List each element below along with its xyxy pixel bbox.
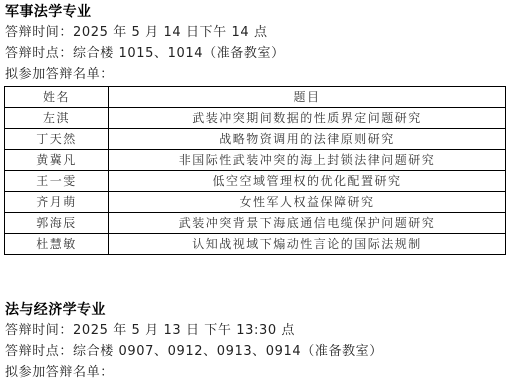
column-header-name: 姓名 bbox=[5, 87, 109, 108]
column-header-topic: 题目 bbox=[109, 87, 506, 108]
thesis-topic: 武装冲突期间数据的性质界定问题研究 bbox=[109, 108, 506, 129]
defense-time: 答辩时间：2025 年 5 月 13 日 下午 13:30 点 bbox=[5, 322, 295, 340]
defense-location: 答辩时点：综合楼 0907、0912、0913、0914（准备教室） bbox=[5, 343, 383, 361]
thesis-topic: 认知战视域下煽动性言论的国际法规制 bbox=[109, 234, 506, 255]
table-row: 齐月萌 女性军人权益保障研究 bbox=[5, 192, 506, 213]
defense-time: 答辩时间：2025 年 5 月 14 日下午 14 点 bbox=[5, 24, 268, 42]
candidate-table: 姓名 题目 左淇 武装冲突期间数据的性质界定问题研究 丁天然 战略物资调用的法律… bbox=[4, 86, 506, 255]
candidate-name: 丁天然 bbox=[5, 129, 109, 150]
table-row: 杜慧敏 认知战视域下煽动性言论的国际法规制 bbox=[5, 234, 506, 255]
table-row: 左淇 武装冲突期间数据的性质界定问题研究 bbox=[5, 108, 506, 129]
candidate-name: 王一雯 bbox=[5, 171, 109, 192]
thesis-topic: 战略物资调用的法律原则研究 bbox=[109, 129, 506, 150]
candidate-list-label: 拟参加答辩名单： bbox=[5, 364, 114, 382]
candidate-name: 左淇 bbox=[5, 108, 109, 129]
thesis-topic: 女性军人权益保障研究 bbox=[109, 192, 506, 213]
section-heading: 法与经济学专业 bbox=[5, 301, 106, 319]
table-row: 郭海辰 武装冲突背景下海底通信电缆保护问题研究 bbox=[5, 213, 506, 234]
section-heading: 军事法学专业 bbox=[5, 3, 91, 21]
table-row: 黄冀凡 非国际性武装冲突的海上封锁法律问题研究 bbox=[5, 150, 506, 171]
table-row: 王一雯 低空空域管理权的优化配置研究 bbox=[5, 171, 506, 192]
thesis-topic: 非国际性武装冲突的海上封锁法律问题研究 bbox=[109, 150, 506, 171]
candidate-name: 郭海辰 bbox=[5, 213, 109, 234]
candidate-name: 黄冀凡 bbox=[5, 150, 109, 171]
thesis-topic: 低空空域管理权的优化配置研究 bbox=[109, 171, 506, 192]
table-header-row: 姓名 题目 bbox=[5, 87, 506, 108]
candidate-list-label: 拟参加答辩名单： bbox=[5, 66, 114, 84]
candidate-name: 齐月萌 bbox=[5, 192, 109, 213]
thesis-topic: 武装冲突背景下海底通信电缆保护问题研究 bbox=[109, 213, 506, 234]
defense-location: 答辩时点：综合楼 1015、1014（准备教室） bbox=[5, 45, 285, 63]
candidate-name: 杜慧敏 bbox=[5, 234, 109, 255]
table-row: 丁天然 战略物资调用的法律原则研究 bbox=[5, 129, 506, 150]
